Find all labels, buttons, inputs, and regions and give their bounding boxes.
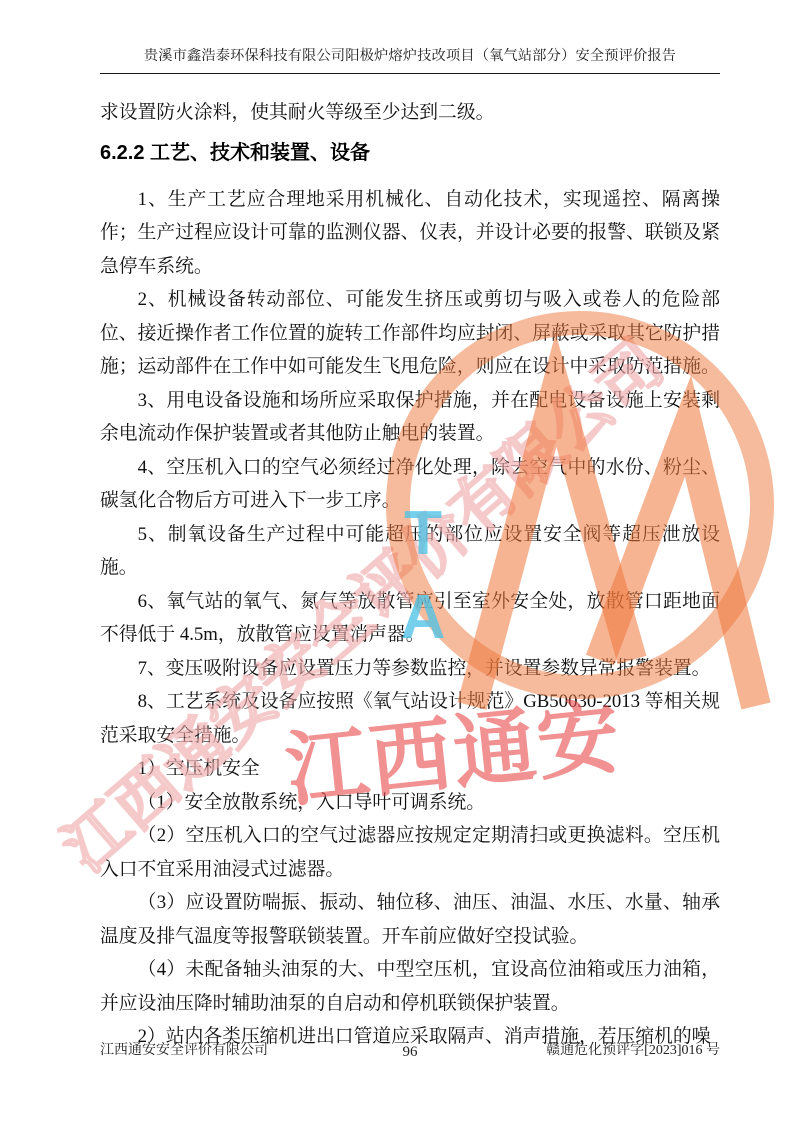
- paragraph: 2、机械设备转动部位、可能发生挤压或剪切与吸入或卷人的危险部位、接近操作者工作位…: [100, 283, 720, 384]
- footer-company: 江西通安安全评价有限公司: [100, 1040, 268, 1062]
- paragraph: 1、生产工艺应合理地采用机械化、自动化技术，实现遥控、隔离操作；生产过程应设计可…: [100, 183, 720, 284]
- list-item: （4）未配备轴头油泵的大、中型空压机，宜设高位油箱或压力油箱，并应设油压降时辅助…: [100, 953, 720, 1020]
- header-divider: [100, 73, 720, 74]
- list-item: （1）安全放散系统，入口导叶可调系统。: [100, 786, 720, 820]
- header-title: 贵溪市鑫浩泰环保科技有限公司阳极炉熔炉技改项目（氧气站部分）安全预评价报告: [100, 46, 720, 66]
- page-footer: 江西通安安全评价有限公司 96 赣通危化预评字[2023]016 号: [100, 1040, 720, 1064]
- paragraph: 7、变压吸附设备应设置压力等参数监控，并设置参数异常报警装置。: [100, 652, 720, 686]
- footer-doc-number: 赣通危化预评字[2023]016 号: [546, 1040, 720, 1062]
- footer-page-number: 96: [403, 1041, 418, 1063]
- continuation-line: 求设置防火涂料，使其耐火等级至少达到二级。: [100, 96, 720, 130]
- list-item: （2）空压机入口的空气过滤器应按规定定期清扫或更换滤料。空压机入口不宜采用油浸式…: [100, 819, 720, 886]
- document-body: 求设置防火涂料，使其耐火等级至少达到二级。 6.2.2 工艺、技术和装置、设备 …: [100, 96, 720, 1054]
- page-header: 贵溪市鑫浩泰环保科技有限公司阳极炉熔炉技改项目（氧气站部分）安全预评价报告: [100, 46, 720, 74]
- paragraph: 8、工艺系统及设备应按照《氧气站设计规范》GB50030-2013 等相关规范采…: [100, 685, 720, 752]
- paragraph: 3、用电设备设施和场所应采取保护措施，并在配电设备设施上安装剩余电流动作保护装置…: [100, 384, 720, 451]
- paragraph: 4、空压机入口的空气必须经过净化处理，除去空气中的水份、粉尘、碳氢化合物后方可进…: [100, 451, 720, 518]
- paragraph: 6、氧气站的氧气、氮气等放散管应引至室外安全处，放散管口距地面不得低于 4.5m…: [100, 585, 720, 652]
- paragraph: 5、制氧设备生产过程中可能超压的部位应设置安全阀等超压泄放设施。: [100, 518, 720, 585]
- list-item: 1）空压机安全: [100, 752, 720, 786]
- section-heading: 6.2.2 工艺、技术和装置、设备: [100, 139, 720, 167]
- document-page: 贵溪市鑫浩泰环保科技有限公司阳极炉熔炉技改项目（氧气站部分）安全预评价报告 求设…: [0, 0, 800, 1131]
- list-item: （3）应设置防喘振、振动、轴位移、油压、油温、水压、水量、轴承温度及排气温度等报…: [100, 886, 720, 953]
